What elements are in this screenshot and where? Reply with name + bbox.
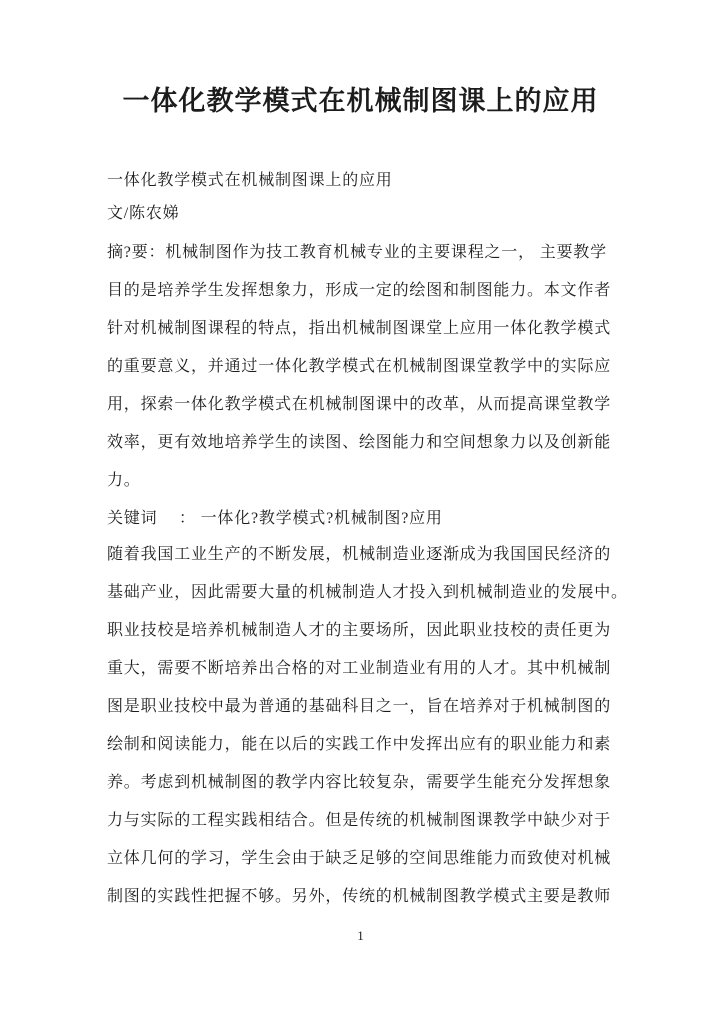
keywords-line: 关键词 ： 一体化?教学模式?机械制图?应用 bbox=[107, 500, 672, 538]
body-paragraph: 随着我国工业生产的不断发展，机械制造业逐渐成为我国国民经济的 基础产业，因此需要… bbox=[107, 536, 672, 916]
abstract-paragraph: 摘?要：机械制图作为技工教育机械专业的主要课程之一， 主要教学 目的是培养学生发… bbox=[107, 234, 672, 500]
page-number: 1 bbox=[0, 928, 721, 944]
document-page: 一体化教学模式在机械制图课上的应用 一体化教学模式在机械制图课上的应用 文/陈农… bbox=[0, 0, 721, 1020]
document-title: 一体化教学模式在机械制图课上的应用 bbox=[0, 84, 721, 118]
document-heading-and-byline: 一体化教学模式在机械制图课上的应用 文/陈农娣 bbox=[107, 164, 672, 230]
